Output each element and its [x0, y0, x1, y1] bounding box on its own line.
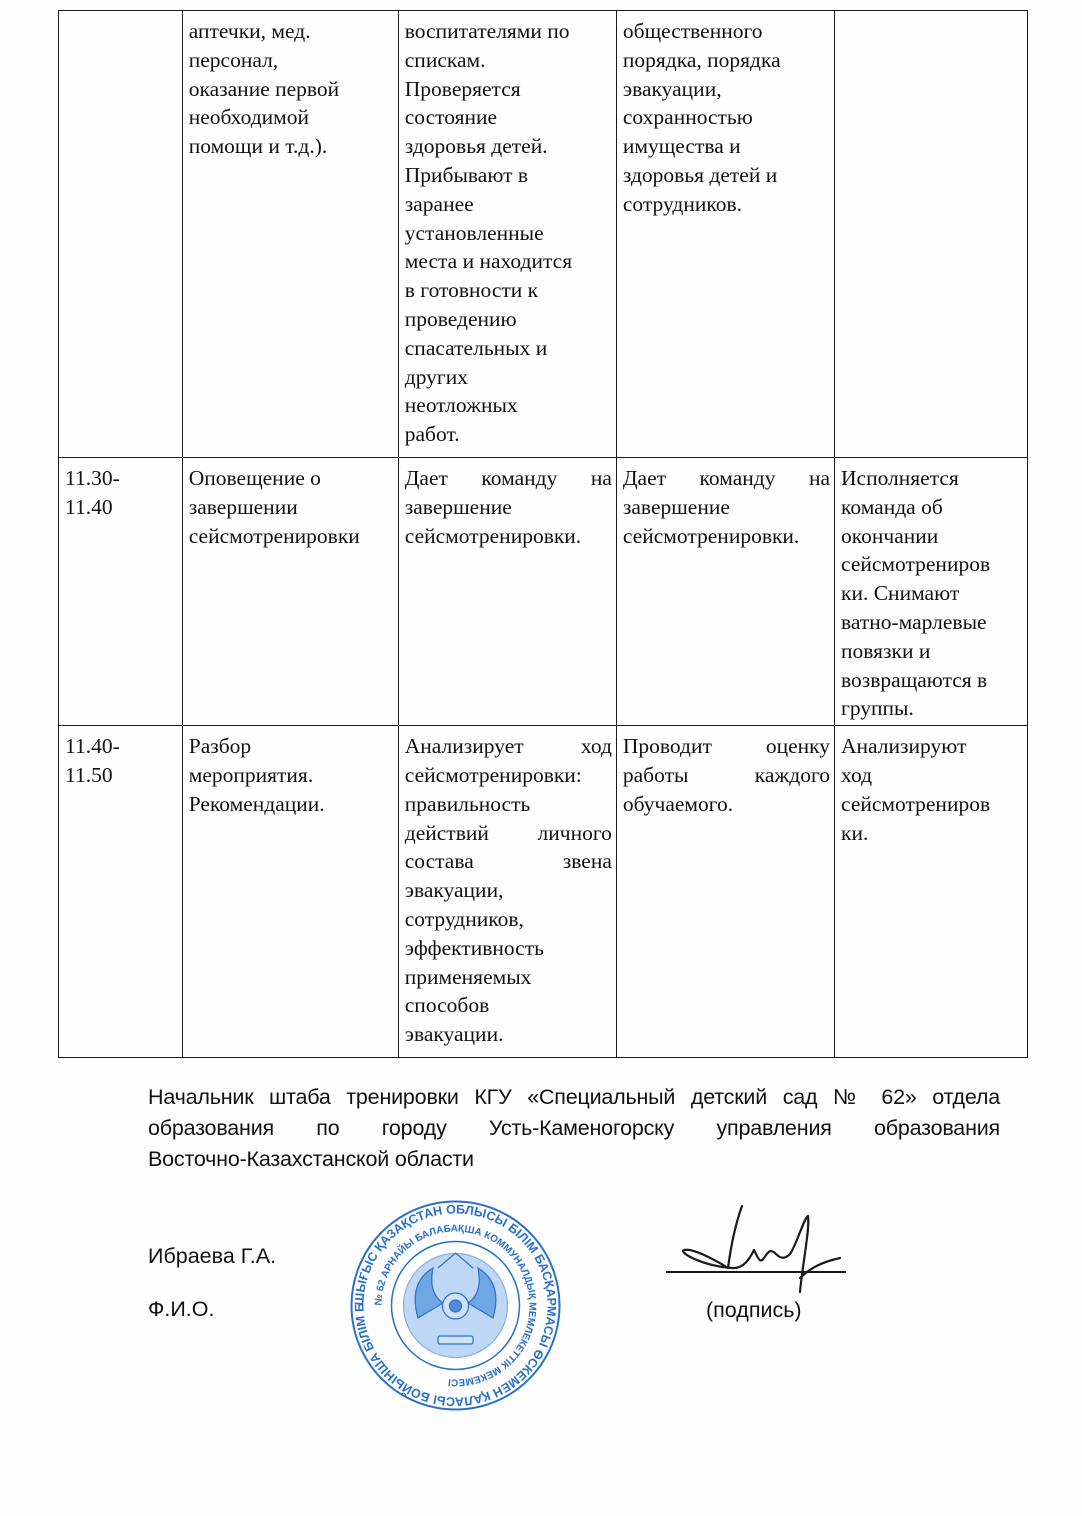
cell-text-line: здоровья детей.: [405, 132, 612, 161]
cell-text-line: Разбор: [189, 732, 394, 761]
head-actions-cell: Анализирует ходсейсмотренировки:правильн…: [398, 726, 616, 1058]
cell-text-line: эвакуации.: [405, 1020, 612, 1049]
table-row: аптечки, мед.персонал,оказание первойнео…: [59, 11, 1028, 458]
cell-text-line: окончании: [841, 522, 1023, 551]
cell-text-line: Исполняется: [841, 464, 1023, 493]
cell-text-line: оказание первой: [189, 75, 394, 104]
cell-text-line: общественного: [623, 17, 830, 46]
cell-text-line: заранее: [405, 190, 612, 219]
cell-text-line: работ.: [405, 420, 612, 449]
cell-text-line: 11.40-: [65, 732, 178, 761]
cell-text-line: ки.: [841, 819, 1023, 848]
cell-text-line: команда об: [841, 493, 1023, 522]
cell-text-line: повязки и: [841, 637, 1023, 666]
participants-cell: [835, 11, 1028, 458]
cell-text-line: завершение: [405, 493, 612, 522]
cell-text-line: неотложных: [405, 391, 612, 420]
cell-text-line: помощи и т.д.).: [189, 132, 394, 161]
cell-text-line: ватно-марлевые: [841, 608, 1023, 637]
cell-text-line: спискам.: [405, 46, 612, 75]
cell-text-line: сейсмотренировки:: [405, 761, 612, 790]
cell-text-line: здоровья детей и: [623, 161, 830, 190]
table-row: 11.40-11.50Разбормероприятия.Рекомендаци…: [59, 726, 1028, 1058]
cell-text-line: действий личного: [405, 819, 612, 848]
cell-text-line: Прибывают в: [405, 161, 612, 190]
drill-schedule-table: аптечки, мед.персонал,оказание первойнео…: [58, 10, 1028, 1058]
head-actions-cell: Дает команду назавершениесейсмотренировк…: [398, 458, 616, 726]
cell-text-line: способов: [405, 991, 612, 1020]
head-actions-cell: воспитателями поспискам.Проверяетсясосто…: [398, 11, 616, 458]
cell-text-line: ход: [841, 761, 1023, 790]
time-cell: 11.40-11.50: [59, 726, 183, 1058]
cell-text-line: эвакуации,: [623, 75, 830, 104]
cell-text-line: сотрудников,: [405, 905, 612, 934]
cell-text-line: проведению: [405, 305, 612, 334]
cell-text-line: сотрудников.: [623, 190, 830, 219]
cell-text-line: 11.50: [65, 761, 178, 790]
staff-actions-cell: общественногопорядка, порядкаэвакуации,с…: [616, 11, 834, 458]
cell-text-line: Оповещение о: [189, 464, 394, 493]
staff-actions-cell: Проводит оценкуработы каждогообучаемого.: [616, 726, 834, 1058]
cell-text-line: состава звена: [405, 847, 612, 876]
cell-text-line: эффективность: [405, 934, 612, 963]
signatory-title-line: Восточно-Казахстанской области: [148, 1144, 1000, 1175]
official-stamp-icon: ШЫҒЫС ҚАЗАҚСТАН ОБЛЫСЫ БІЛІМ БАСҚАРМАСЫ …: [348, 1198, 563, 1413]
event-cell: Оповещение озавершениисейсмотренировки: [182, 458, 398, 726]
cell-text-line: работы каждого: [623, 761, 830, 790]
cell-text-line: завершении: [189, 493, 394, 522]
table-row: 11.30-11.40Оповещение озавершениисейсмот…: [59, 458, 1028, 726]
cell-text-line: в готовности к: [405, 276, 612, 305]
cell-text-line: сейсмотренировки: [189, 522, 394, 551]
participants-cell: Анализируютходсейсмотренировки.: [835, 726, 1028, 1058]
cell-text-line: других: [405, 363, 612, 392]
cell-text-line: состояние: [405, 103, 612, 132]
document-page: аптечки, мед.персонал,оказание первойнео…: [0, 0, 1082, 1516]
cell-text-line: Анализирует ход: [405, 732, 612, 761]
cell-text-line: возвращаются в: [841, 666, 1023, 695]
participants-cell: Исполняетсякоманда обокончаниисейсмотрен…: [835, 458, 1028, 726]
event-cell: аптечки, мед.персонал,оказание первойнео…: [182, 11, 398, 458]
cell-text-line: 11.40: [65, 493, 178, 522]
cell-text-line: воспитателями по: [405, 17, 612, 46]
cell-text-line: установленные: [405, 219, 612, 248]
cell-text-line: необходимой: [189, 103, 394, 132]
cell-text-line: применяемых: [405, 963, 612, 992]
cell-text-line: завершение: [623, 493, 830, 522]
signatory-title: Начальник штаба тренировки КГУ «Специаль…: [148, 1082, 1000, 1175]
time-cell: 11.30-11.40: [59, 458, 183, 726]
cell-text-line: Дает команду на: [405, 464, 612, 493]
cell-text-line: сейсмотрениров: [841, 790, 1023, 819]
name-caption: Ф.И.О.: [148, 1297, 214, 1322]
cell-text-line: имущества и: [623, 132, 830, 161]
cell-text-line: правильность: [405, 790, 612, 819]
cell-text-line: ки. Снимают: [841, 579, 1023, 608]
signature-icon: [672, 1198, 852, 1298]
signatory-name: Ибраева Г.А.: [148, 1244, 276, 1269]
cell-text-line: 11.30-: [65, 464, 178, 493]
cell-text-line: сейсмотренировки.: [405, 522, 612, 551]
cell-text-line: Рекомендации.: [189, 790, 394, 819]
cell-text-line: сейсмотрениров: [841, 550, 1023, 579]
time-cell: [59, 11, 183, 458]
cell-text-line: спасательных и: [405, 334, 612, 363]
cell-text-line: порядка, порядка: [623, 46, 830, 75]
signature-caption: (подпись): [706, 1298, 802, 1323]
cell-text-line: персонал,: [189, 46, 394, 75]
cell-text-line: обучаемого.: [623, 790, 830, 819]
signature-line: [666, 1271, 846, 1273]
cell-text-line: Дает команду на: [623, 464, 830, 493]
signatory-title-line: Начальник штаба тренировки КГУ «Специаль…: [148, 1082, 1000, 1113]
cell-text-line: места и находится: [405, 247, 612, 276]
event-cell: Разбормероприятия.Рекомендации.: [182, 726, 398, 1058]
signatory-title-line: образования по городу Усть-Каменогорску …: [148, 1113, 1000, 1144]
staff-actions-cell: Дает команду назавершениесейсмотренировк…: [616, 458, 834, 726]
cell-text-line: эвакуации,: [405, 876, 612, 905]
cell-text-line: сохранностью: [623, 103, 830, 132]
cell-text-line: группы.: [841, 694, 1023, 723]
cell-text-line: аптечки, мед.: [189, 17, 394, 46]
cell-text-line: сейсмотренировки.: [623, 522, 830, 551]
cell-text-line: Анализируют: [841, 732, 1023, 761]
cell-text-line: Проверяется: [405, 75, 612, 104]
cell-text-line: мероприятия.: [189, 761, 394, 790]
cell-text-line: Проводит оценку: [623, 732, 830, 761]
